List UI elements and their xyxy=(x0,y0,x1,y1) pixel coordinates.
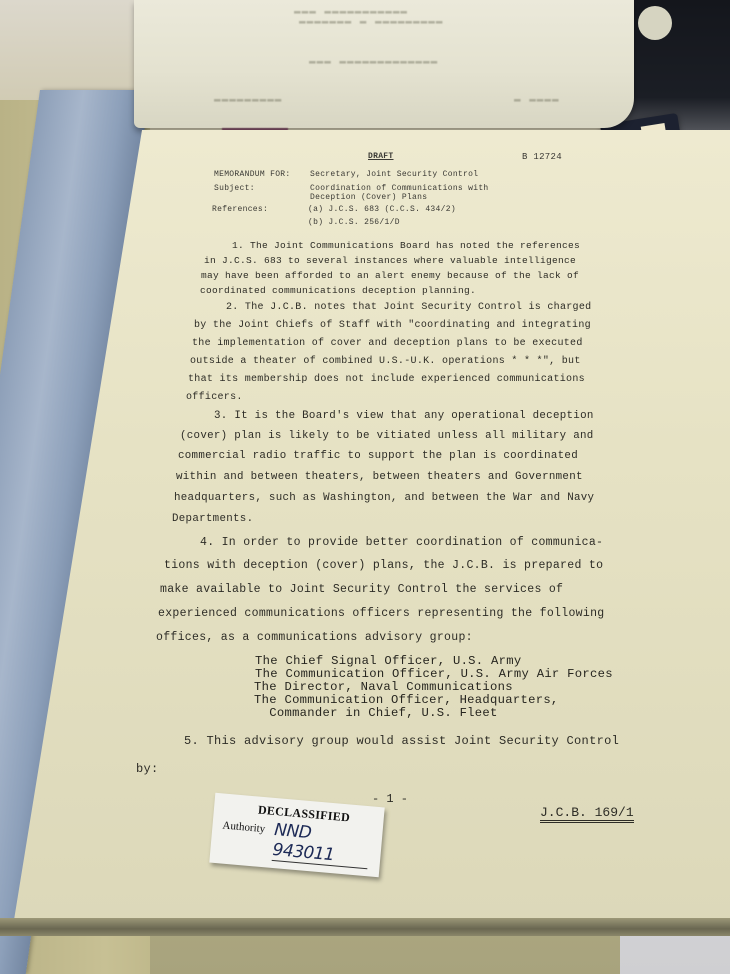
paragraph-3-line: 3. It is the Board's view that any opera… xyxy=(214,406,594,427)
references-label: References: xyxy=(212,205,268,214)
paragraph-5-line: 5. This advisory group would assist Join… xyxy=(184,727,619,755)
reference-b: (b) J.C.S. 256/1/D xyxy=(308,218,400,227)
paragraph-4-line: make available to Joint Security Control… xyxy=(160,578,563,602)
authority-value: NND 943011 xyxy=(272,820,371,869)
paragraph-4-line: offices, as a communications advisory gr… xyxy=(156,626,473,650)
paragraph-4-line: experienced communications officers repr… xyxy=(158,602,604,626)
bleed-through-text: ▬▬▬▬▬▬▬ ▬ ▬▬▬▬▬▬▬▬▬ xyxy=(299,16,443,28)
paragraph-2-line: 2. The J.C.B. notes that Joint Security … xyxy=(226,299,591,317)
draft-label: DRAFT xyxy=(368,152,394,161)
paragraph-2-line: outside a theater of combined U.S.-U.K. … xyxy=(190,353,581,371)
authority-label: Authority xyxy=(222,819,266,835)
subject-label: Subject: xyxy=(214,184,255,193)
paragraph-2-line: that its membership does not include exp… xyxy=(188,371,585,389)
page-number: - 1 - xyxy=(372,792,408,806)
paragraph-3-line: (cover) plan is likely to be vitiated un… xyxy=(180,426,594,447)
bleed-through-text: ▬▬▬▬▬▬▬▬▬ xyxy=(214,94,282,106)
paragraph-2-line: by the Joint Chiefs of Staff with "coord… xyxy=(194,317,591,335)
subject-line-2: Deception (Cover) Plans xyxy=(310,193,427,202)
paragraph-3-line: within and between theaters, between the… xyxy=(176,467,583,488)
paragraph-1-line: 1. The Joint Communications Board has no… xyxy=(232,238,580,254)
page-stack-edge xyxy=(0,918,730,936)
paragraph-2-line: the implementation of cover and deceptio… xyxy=(192,335,583,353)
bleed-through-text: ▬▬▬ ▬▬▬▬▬▬▬▬▬▬▬▬▬ xyxy=(309,56,438,68)
document-id: J.C.B. 169/1 xyxy=(540,806,634,823)
paragraph-5-line: by: xyxy=(136,755,159,783)
reference-a: (a) J.C.S. 683 (C.C.S. 434/2) xyxy=(308,205,456,214)
paragraph-3-line: commercial radio traffic to support the … xyxy=(178,446,578,467)
binder-ring-hole xyxy=(638,6,672,40)
paragraph-2-line: officers. xyxy=(186,389,243,407)
stamp-number: B 12724 xyxy=(522,152,562,162)
paragraph-1-line: in J.C.S. 683 to several instances where… xyxy=(204,253,576,269)
paragraph-3-line: Departments. xyxy=(172,509,253,530)
paragraph-1-line: coordinated communications deception pla… xyxy=(200,283,476,299)
paragraph-4-line: 4. In order to provide better coordinati… xyxy=(200,531,603,555)
declassified-stamp: DECLASSIFIED Authority NND 943011 xyxy=(209,793,384,878)
paragraph-1-line: may have been afforded to an alert enemy… xyxy=(201,268,579,284)
folded-previous-page: ▬▬▬ ▬▬▬▬▬▬▬▬▬▬▬ ▬▬▬▬▬▬▬ ▬ ▬▬▬▬▬▬▬▬▬ ▬▬▬ … xyxy=(134,0,634,128)
subject-line-1: Coordination of Communications with xyxy=(310,184,489,193)
paragraph-4-line: tions with deception (cover) plans, the … xyxy=(164,554,603,578)
memo-for-value: Secretary, Joint Security Control xyxy=(310,170,478,179)
bleed-through-text: ▬ ▬▬▬▬ xyxy=(514,94,560,106)
paragraph-3-line: headquarters, such as Washington, and be… xyxy=(174,488,594,509)
memo-for-label: MEMORANDUM FOR: xyxy=(214,170,291,179)
advisory-office-item: Commander in Chief, U.S. Fleet xyxy=(254,707,498,721)
